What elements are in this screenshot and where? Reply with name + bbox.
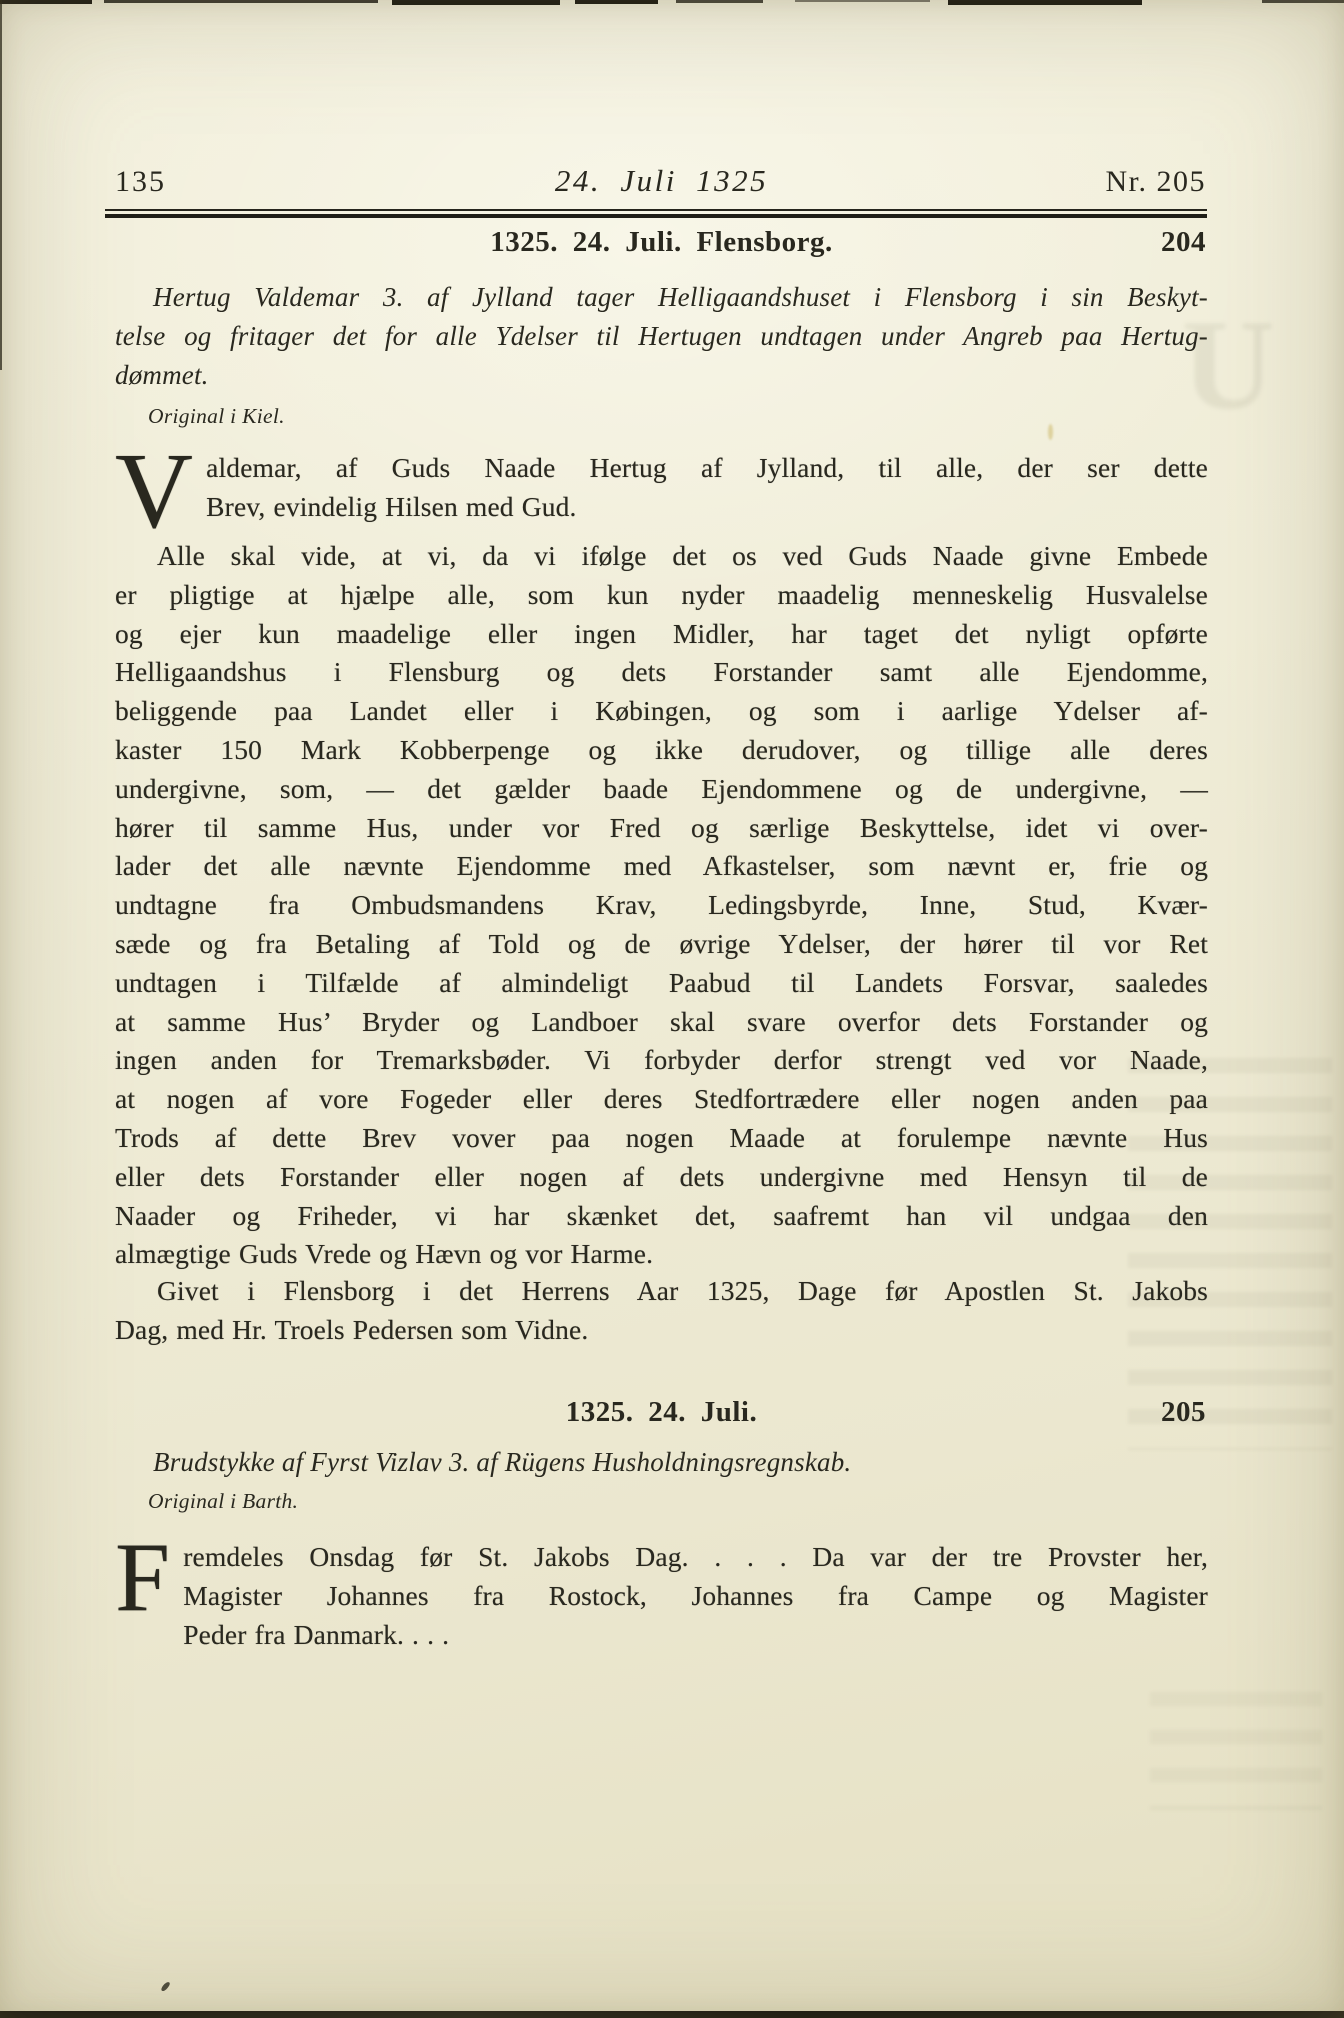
dropcap-letter: F [115,1540,170,1616]
text-line: Hertug Valdemar 3. af Jylland tager Hell… [115,278,1208,317]
show-through-ghost [1150,1692,1322,1810]
scanned-book-page: U 135 24. Juli 1325 Nr. 205 1325. 24. Ju… [0,0,1344,2018]
doc204-heading: 1325. 24. Juli. Flensborg. [115,226,1208,259]
scan-artifact-top-edge [0,0,92,4]
scan-artifact-top-edge [1262,0,1344,3]
text-line: Brudstykke af Fyrst Vizlav 3. af Rügens … [115,1443,1208,1482]
scan-artifact-top-edge [676,0,763,3]
doc205-paragraph-1-lines: remdeles Onsdag før St. Jakobs Dag. . . … [115,1538,1208,1654]
text-line: kaster 150 Mark Kobberpenge og ikke deru… [115,731,1208,770]
doc204-paragraph-1-lines: aldemar, af Guds Naade Hertug af Jylland… [115,449,1208,527]
ink-speck [160,1981,171,1993]
dropcap-letter: V [115,452,193,532]
text-line: hører til samme Hus, under vor Fred og s… [115,809,1208,848]
text-line: aldemar, af Guds Naade Hertug af Jylland… [115,449,1208,488]
text-line: undergivne, som, — det gælder baade Ejen… [115,770,1208,809]
header-rule-thick [105,214,1207,218]
doc205-summary: Brudstykke af Fyrst Vizlav 3. af Rügens … [115,1443,1208,1482]
running-title: 24. Juli 1325 [115,163,1208,199]
scan-artifact-left-edge [0,0,2,370]
text-line: remdeles Onsdag før St. Jakobs Dag. . . … [115,1538,1208,1577]
doc204-paragraph-1: V aldemar, af Guds Naade Hertug af Jylla… [115,449,1208,532]
issue-number: Nr. 205 [1106,165,1207,199]
scan-artifact-top-edge [392,0,560,5]
doc204-provenance: Original i Kiel. [115,404,1208,429]
page-header: 135 24. Juli 1325 Nr. 205 [115,163,1208,209]
doc205-paragraph-1: F remdeles Onsdag før St. Jakobs Dag. . … [115,1538,1208,1654]
doc204-summary: Hertug Valdemar 3. af Jylland tager Hell… [115,278,1208,395]
doc204-heading-row: 1325. 24. Juli. Flensborg. 204 [115,226,1208,262]
text-line: Helligaandshus i Flensburg og dets Forst… [115,653,1208,692]
text-line: Dag, med Hr. Troels Pedersen som Vidne. [115,1311,1208,1350]
scan-artifact-top-edge [795,0,930,2]
header-rule-thin [105,209,1207,211]
text-line: at samme Hus’ Bryder og Landboer skal sv… [115,1003,1208,1042]
text-line: lader det alle nævnte Ejendomme med Afka… [115,847,1208,886]
text-line: almægtige Guds Vrede og Hævn og vor Harm… [115,1235,1208,1274]
text-line: Alle skal vide, at vi, da vi ifølge det … [115,537,1208,576]
text-line: og ejer kun maadelige eller ingen Midler… [115,615,1208,654]
text-line: at nogen af vore Fogeder eller deres Ste… [115,1080,1208,1119]
header-rule [105,209,1207,218]
text-line: Brev, evindelig Hilsen med Gud. [115,488,1208,527]
doc205-heading: 1325. 24. Juli. [115,1396,1208,1429]
text-line: undtagen i Tilfælde af almindeligt Paabu… [115,964,1208,1003]
text-line: Peder fra Danmark. . . . [115,1616,1208,1655]
doc204-number: 204 [1161,226,1206,259]
text-line: Magister Johannes fra Rostock, Johannes … [115,1577,1208,1616]
text-line: ingen anden for Tremarksbøder. Vi forbyd… [115,1041,1208,1080]
text-line: Naader og Friheder, vi har skænket det, … [115,1197,1208,1236]
doc205-provenance: Original i Barth. [115,1489,1208,1514]
scan-artifact-top-edge [948,0,1142,5]
scan-artifact-top-edge [104,0,378,3]
text-line: undtagne fra Ombudsmandens Krav, Ledings… [115,886,1208,925]
doc204-paragraph-2: Alle skal vide, at vi, da vi ifølge det … [115,537,1208,1274]
doc205-number: 205 [1161,1396,1206,1429]
text-line: dømmet. [115,356,1208,395]
text-line: er pligtige at hjælpe alle, som kun nyde… [115,576,1208,615]
text-line: sæde og fra Betaling af Told og de øvrig… [115,925,1208,964]
text-line: Trods af dette Brev vover paa nogen Maad… [115,1119,1208,1158]
text-line: telse og fritager det for alle Ydelser t… [115,317,1208,356]
text-line: beliggende paa Landet eller i Købingen, … [115,692,1208,731]
scan-artifact-top-edge [575,0,658,4]
doc204-paragraph-3: Givet i Flensborg i det Herrens Aar 1325… [115,1272,1208,1350]
scan-artifact-bottom-edge [0,2011,1344,2018]
doc205-heading-row: 1325. 24. Juli. 205 [115,1396,1208,1432]
text-line: eller dets Forstander eller nogen af det… [115,1158,1208,1197]
text-line: Givet i Flensborg i det Herrens Aar 1325… [115,1272,1208,1311]
